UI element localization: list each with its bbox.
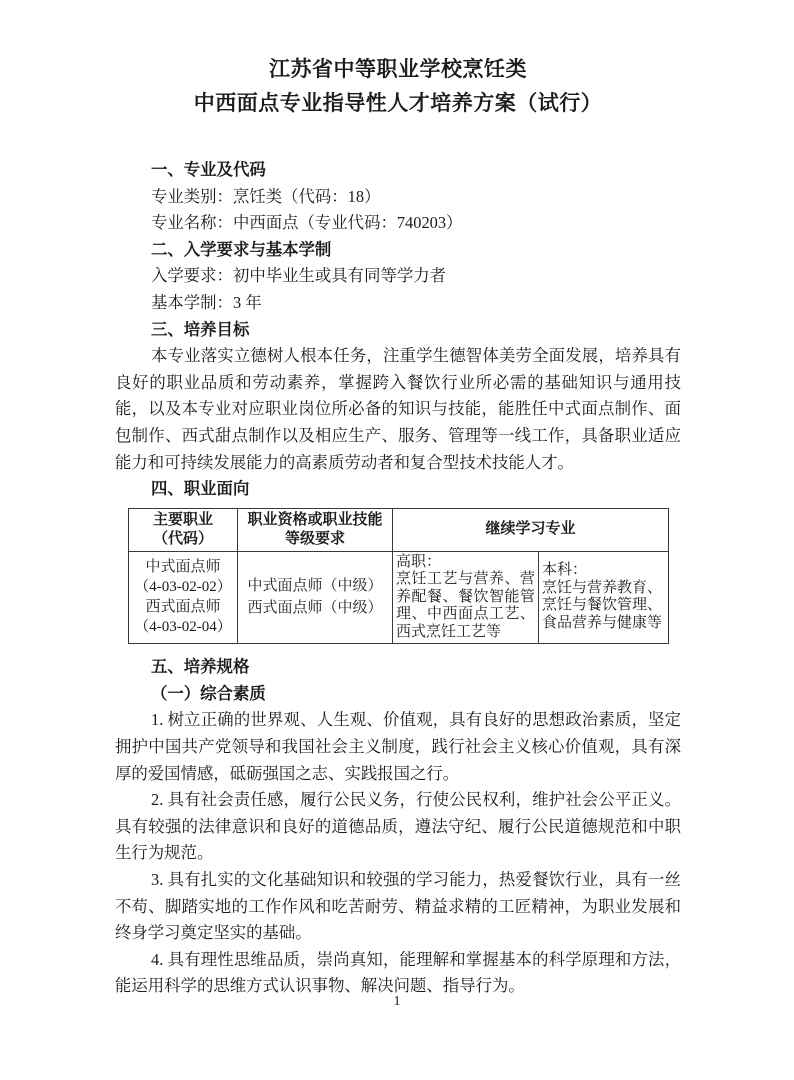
section-heading-4: 四、职业面向 (115, 476, 681, 503)
major-name-line: 专业名称：中西面点（专业代码：740203） (115, 210, 681, 237)
undergraduate-major-line: 烹饪与餐饮管理、 (542, 597, 665, 615)
quality-item-2: 2. 具有社会责任感，履行公民义务，行使公民权利，维护社会公平正义。具有较强的法… (115, 787, 681, 867)
undergraduate-major-line: 烹饪与营养教育、 (542, 580, 665, 598)
occupation-code-line: （4-03-02-04） (132, 617, 234, 637)
cell-higher-vocational: 高职： 烹饪工艺与营养、营养配餐、餐饮智能管理、中西面点工艺、西式烹饪工艺等 (393, 551, 539, 644)
higher-vocational-majors: 烹饪工艺与营养、营养配餐、餐饮智能管理、中西面点工艺、西式烹饪工艺等 (396, 571, 535, 641)
occupation-line: 西式面点师 (132, 597, 234, 617)
section-heading-5: 五、培养规格 (115, 654, 681, 681)
header-line: 等级要求 (241, 530, 389, 549)
major-category-line: 专业类别：烹饪类（代码：18） (115, 184, 681, 211)
undergraduate-label: 本科： (542, 562, 665, 580)
quality-item-1: 1. 树立正确的世界观、人生观、价值观，具有良好的思想政治素质，坚定拥护中国共产… (115, 707, 681, 787)
header-line: 职业资格或职业技能 (241, 511, 389, 530)
header-line: （代码） (132, 530, 234, 549)
table-header-further-study: 继续学习专业 (393, 508, 669, 551)
qualification-line: 中式面点师（中级） (241, 575, 389, 597)
document-body: 一、专业及代码 专业类别：烹饪类（代码：18） 专业名称：中西面点（专业代码：7… (115, 157, 681, 1000)
table-row: 中式面点师 （4-03-02-02） 西式面点师 （4-03-02-04） 中式… (129, 551, 669, 644)
qualification-line: 西式面点师（中级） (241, 597, 389, 619)
section-heading-3: 三、培养目标 (115, 317, 681, 344)
header-line: 主要职业 (132, 511, 234, 530)
entry-requirement-line: 入学要求：初中毕业生或具有同等学力者 (115, 263, 681, 290)
occupation-table: 主要职业 （代码） 职业资格或职业技能 等级要求 继续学习专业 中式面点师 （4… (128, 508, 669, 645)
document-title-line-1: 江苏省中等职业学校烹饪类 (115, 52, 681, 86)
cell-main-occupation: 中式面点师 （4-03-02-02） 西式面点师 （4-03-02-04） (129, 551, 238, 644)
section-heading-1: 一、专业及代码 (115, 157, 681, 184)
document-page: 江苏省中等职业学校烹饪类 中西面点专业指导性人才培养方案（试行） 一、专业及代码… (0, 0, 794, 1080)
table-header-qualification: 职业资格或职业技能 等级要求 (238, 508, 393, 551)
document-title-block: 江苏省中等职业学校烹饪类 中西面点专业指导性人才培养方案（试行） (115, 52, 681, 120)
quality-item-4: 4. 具有理性思维品质，崇尚真知，能理解和掌握基本的科学原理和方法，能运用科学的… (115, 947, 681, 1000)
training-objective-paragraph: 本专业落实立德树人根本任务，注重学生德智体美劳全面发展，培养具有良好的职业品质和… (115, 343, 681, 476)
subsection-heading-comprehensive-quality: （一）综合素质 (115, 681, 681, 708)
document-title-line-2: 中西面点专业指导性人才培养方案（试行） (115, 86, 681, 120)
table-header-main-occupation: 主要职业 （代码） (129, 508, 238, 551)
cell-undergraduate: 本科： 烹饪与营养教育、 烹饪与餐饮管理、 食品营养与健康等 (539, 551, 669, 644)
occupation-code-line: （4-03-02-02） (132, 577, 234, 597)
table-header-row: 主要职业 （代码） 职业资格或职业技能 等级要求 继续学习专业 (129, 508, 669, 551)
schooling-length-line: 基本学制：3 年 (115, 290, 681, 317)
section-heading-2: 二、入学要求与基本学制 (115, 237, 681, 264)
undergraduate-major-line: 食品营养与健康等 (542, 615, 665, 633)
page-number: 1 (0, 994, 794, 1010)
cell-qualification: 中式面点师（中级） 西式面点师（中级） (238, 551, 393, 644)
occupation-line: 中式面点师 (132, 557, 234, 577)
quality-item-3: 3. 具有扎实的文化基础知识和较强的学习能力，热爱餐饮行业，具有一丝不苟、脚踏实… (115, 867, 681, 947)
higher-vocational-label: 高职： (396, 554, 535, 572)
